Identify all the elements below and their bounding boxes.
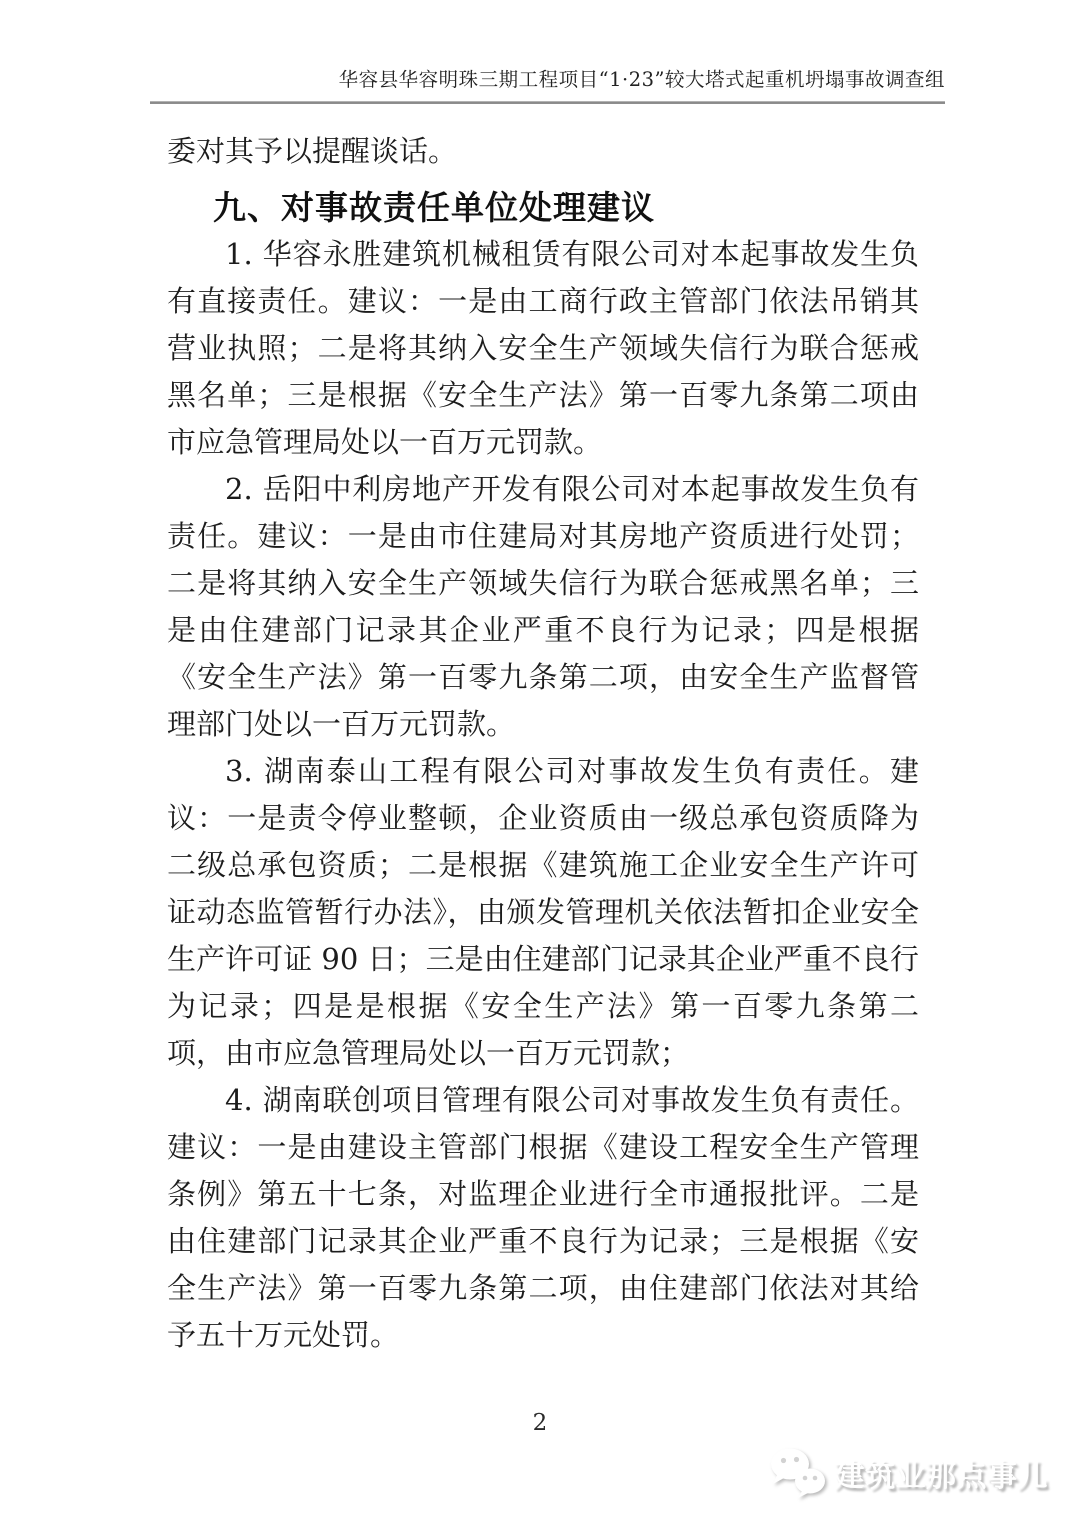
paragraph-responsibility-4: 4. 湖南联创项目管理有限公司对事故发生负有责任。建议：一是由建设主管部门根据《…: [167, 1077, 919, 1359]
paragraph-responsibility-1: 1. 华容永胜建筑机械租赁有限公司对本起事故发生负有直接责任。建议：一是由工商行…: [167, 231, 919, 466]
page-number: 2: [0, 1410, 1080, 1436]
watermark-logo: 建筑业那点事儿: [769, 1446, 1049, 1500]
header-rule: [150, 101, 945, 104]
section-heading: 九、对事故责任单位处理建议: [167, 175, 919, 231]
paragraph-responsibility-2: 2. 岳阳中利房地产开发有限公司对本起事故发生负有责任。建议：一是由市住建局对其…: [167, 466, 919, 748]
wechat-icon: [769, 1446, 827, 1500]
paragraph-responsibility-3: 3. 湖南泰山工程有限公司对事故发生负有责任。建议：一是责令停业整顿，企业资质由…: [167, 748, 919, 1077]
document-page: 华容县华容明珠三期工程项目“1·23”较大塔式起重机坍塌事故调查组 委对其予以提…: [0, 0, 1080, 1527]
document-body: 委对其予以提醒谈话。 九、对事故责任单位处理建议 1. 华容永胜建筑机械租赁有限…: [167, 128, 919, 1359]
page-header-title: 华容县华容明珠三期工程项目“1·23”较大塔式起重机坍塌事故调查组: [150, 66, 945, 94]
continuation-line: 委对其予以提醒谈话。: [167, 128, 919, 175]
watermark-text: 建筑业那点事儿: [835, 1451, 1049, 1495]
